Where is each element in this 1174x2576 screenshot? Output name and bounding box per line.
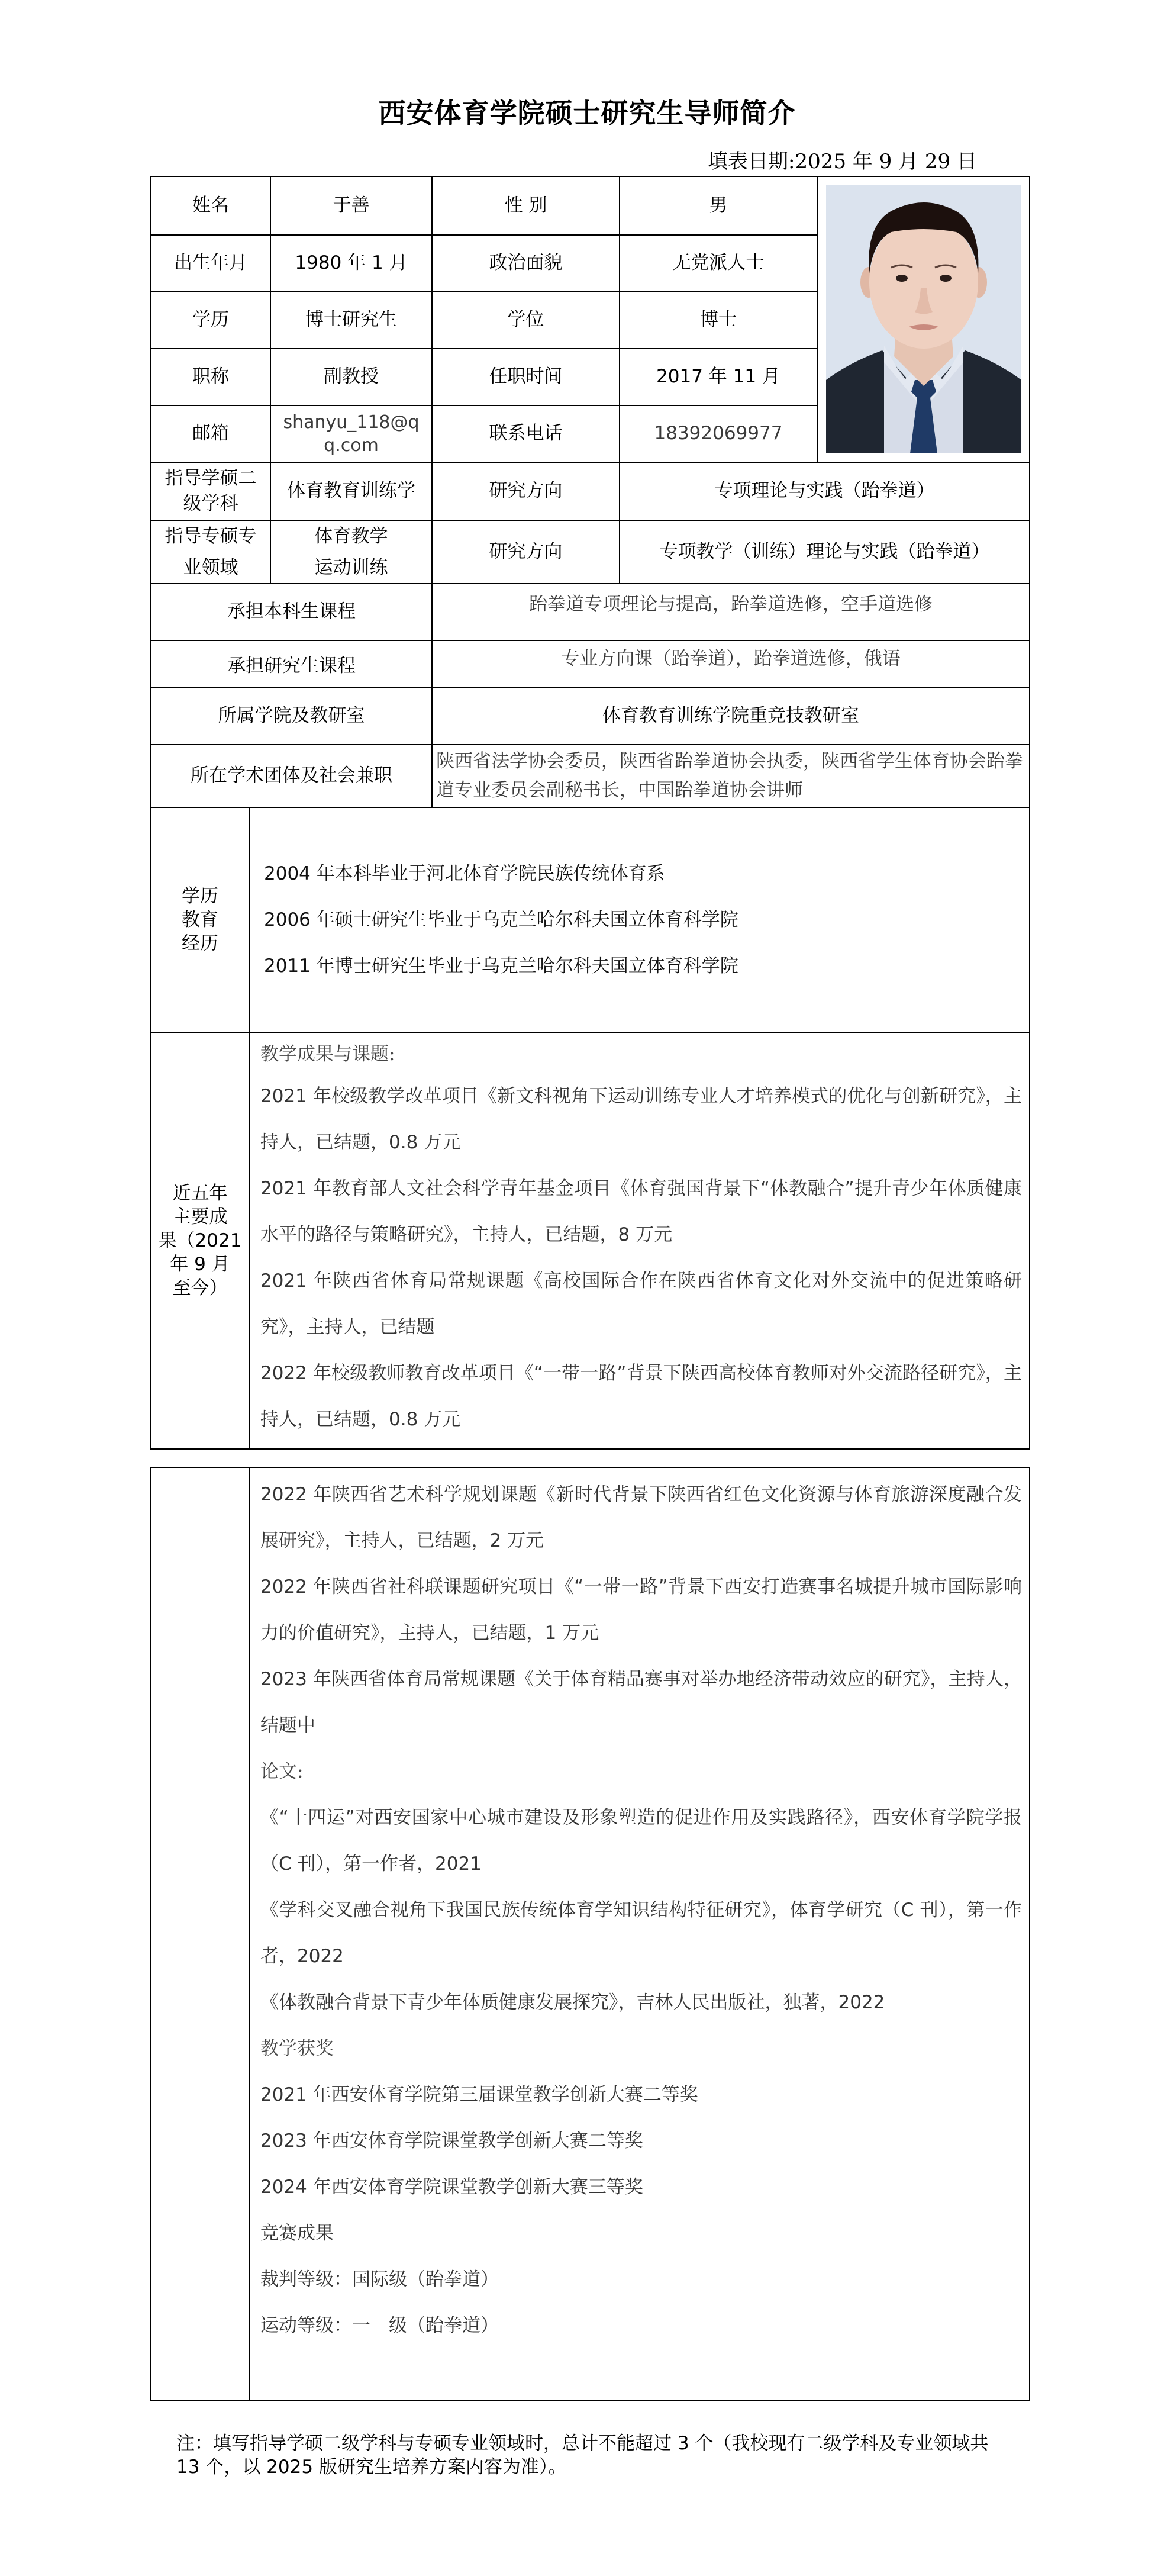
row-affiliation: 所属学院及教研室 体育教育训练学院重竞技教研室 [151, 688, 1030, 745]
professional-field-label: 指导专硕专业领域 [151, 520, 270, 584]
achievements-continued-label [151, 1467, 249, 2400]
appoint-label: 任职时间 [432, 349, 620, 405]
row-academic-supervision: 指导学硕二级学科 体育教育训练学 研究方向 专项理论与实践（跆拳道） [151, 462, 1030, 520]
papers-heading: 论文: [260, 1749, 1022, 1795]
education-value: 博士研究生 [270, 292, 432, 349]
competition-heading: 竞赛成果 [260, 2210, 1022, 2256]
teaching-projects-heading: 教学成果与课题: [260, 1035, 1022, 1073]
ach-label-line-2: 主要成 [153, 1205, 247, 1229]
appoint-value: 2017 年 11 月 [620, 349, 817, 405]
professional-field-1: 体育教学 [275, 521, 428, 552]
row-undergrad-courses: 承担本科生课程 跆拳道专项理论与提高，跆拳道选修，空手道选修 [151, 584, 1030, 640]
ach-label-line-4: 年 9 月 [153, 1252, 247, 1276]
project-item: 2022 年校级教师教育改革项目《“一带一路”背景下陕西高校体育教师对外交流路径… [260, 1350, 1022, 1442]
ach-label-line-1: 近五年 [153, 1181, 247, 1205]
professional-field-2: 运动训练 [275, 552, 428, 584]
paper-item: 《“十四运”对西安国家中心城市建设及形象塑造的促进作用及实践路径》，西安体育学院… [260, 1795, 1022, 1887]
referee-level: 裁判等级：国际级（跆拳道） [260, 2256, 1022, 2303]
academic-posts-label: 所在学术团体及社会兼职 [151, 745, 432, 807]
project-item: 2021 年教育部人文社会科学青年基金项目《体育强国背景下“体教融合”提升青少年… [260, 1165, 1022, 1258]
degree-value: 博士 [620, 292, 817, 349]
achievements-content: 教学成果与课题: 2021 年校级教学改革项目《新文科视角下运动训练专业人才培养… [249, 1032, 1030, 1449]
row-education-history: 学历 教育 经历 2004 年本科毕业于河北体育学院民族传统体育系 2006 年… [151, 807, 1030, 1032]
professional-direction-value: 专项教学（训练）理论与实践（跆拳道） [620, 520, 1030, 584]
paper-item: 《体教融合背景下青少年体质健康发展探究》，吉林人民出版社，独著，2022 [260, 1979, 1022, 2026]
education-label: 学历 [151, 292, 270, 349]
row-achievements-continued: 2022 年陕西省艺术科学规划课题《新时代背景下陕西省红色文化资源与体育旅游深度… [151, 1467, 1030, 2400]
affiliation-value: 体育教育训练学院重竞技教研室 [432, 688, 1030, 745]
phone-value: 18392069977 [620, 405, 817, 462]
row-professional-supervision: 指导专硕专业领域 体育教学 运动训练 研究方向 专项教学（训练）理论与实践（跆拳… [151, 520, 1030, 584]
email-label: 邮箱 [151, 405, 270, 462]
birth-value: 1980 年 1 月 [270, 235, 432, 292]
grad-courses-label: 承担研究生课程 [151, 640, 432, 688]
political-value: 无党派人士 [620, 235, 817, 292]
award-item: 2021 年西安体育学院第三届课堂教学创新大赛二等奖 [260, 2072, 1022, 2118]
edu-label-line-2: 教育 [155, 908, 245, 932]
professional-fields-cell: 体育教学 运动训练 [270, 520, 432, 584]
birth-label: 出生年月 [151, 235, 270, 292]
ach-label-line-3: 果（2021 [153, 1229, 247, 1252]
paper-item: 《学科交叉融合视角下我国民族传统体育学知识结构特征研究》，体育学研究（C 刊），… [260, 1887, 1022, 1979]
ach-label-line-5: 至今） [153, 1276, 247, 1300]
academic-posts-value: 陕西省法学协会委员，陕西省跆拳道协会执委，陕西省学生体育协会跆拳道专业委员会副秘… [432, 745, 1030, 807]
portrait-photo [826, 185, 1021, 453]
professional-direction-label: 研究方向 [432, 520, 620, 584]
academic-direction-value: 专项理论与实践（跆拳道） [620, 462, 1030, 520]
affiliation-label: 所属学院及教研室 [151, 688, 432, 745]
profile-table: 姓名 于善 性 别 男 [150, 176, 1030, 1450]
phone-label: 联系电话 [432, 405, 620, 462]
academic-direction-label: 研究方向 [432, 462, 620, 520]
education-history-label: 学历 教育 经历 [151, 807, 249, 1032]
education-item: 2004 年本科毕业于河北体育学院民族传统体育系 [253, 851, 1025, 897]
edu-label-line-1: 学历 [155, 884, 245, 908]
row-name: 姓名 于善 性 别 男 [151, 176, 1030, 235]
degree-label: 学位 [432, 292, 620, 349]
title-label: 职称 [151, 349, 270, 405]
project-item: 2022 年陕西省社科联课题研究项目《“一带一路”背景下西安打造赛事名城提升城市… [260, 1564, 1022, 1656]
undergrad-courses-label: 承担本科生课程 [151, 584, 432, 640]
row-achievements: 近五年 主要成 果（2021 年 9 月 至今） 教学成果与课题: 2021 年… [151, 1032, 1030, 1449]
name-value: 于善 [270, 176, 432, 235]
portrait-image-icon [826, 185, 1021, 453]
page-title: 西安体育学院硕士研究生导师简介 [0, 92, 1174, 131]
athlete-level: 运动等级：一 级（跆拳道） [260, 2303, 1022, 2349]
email-value[interactable]: shanyu_118@qq.com [270, 405, 432, 462]
project-item: 2021 年校级教学改革项目《新文科视角下运动训练专业人才培养模式的优化与创新研… [260, 1073, 1022, 1165]
row-academic-posts: 所在学术团体及社会兼职 陕西省法学协会委员，陕西省跆拳道协会执委，陕西省学生体育… [151, 745, 1030, 807]
project-item: 2022 年陕西省艺术科学规划课题《新时代背景下陕西省红色文化资源与体育旅游深度… [260, 1471, 1022, 1564]
award-item: 2024 年西安体育学院课堂教学创新大赛三等奖 [260, 2164, 1022, 2210]
grad-courses-value: 专业方向课（跆拳道），跆拳道选修，俄语 [432, 640, 1030, 688]
education-history-list: 2004 年本科毕业于河北体育学院民族传统体育系 2006 年硕士研究生毕业于乌… [249, 807, 1030, 1032]
academic-subject-value: 体育教育训练学 [270, 462, 432, 520]
photo-cell [817, 176, 1030, 462]
undergrad-courses-value: 跆拳道专项理论与提高，跆拳道选修，空手道选修 [432, 584, 1030, 640]
achievements-continued-table: 2022 年陕西省艺术科学规划课题《新时代背景下陕西省红色文化资源与体育旅游深度… [150, 1467, 1030, 2401]
gender-label: 性 别 [432, 176, 620, 235]
name-label: 姓名 [151, 176, 270, 235]
project-item: 2021 年陕西省体育局常规课题《高校国际合作在陕西省体育文化对外交流中的促进策… [260, 1258, 1022, 1350]
award-item: 2023 年西安体育学院课堂教学创新大赛二等奖 [260, 2118, 1022, 2164]
row-grad-courses: 承担研究生课程 专业方向课（跆拳道），跆拳道选修，俄语 [151, 640, 1030, 688]
teaching-awards-heading: 教学获奖 [260, 2026, 1022, 2072]
education-item: 2006 年硕士研究生毕业于乌克兰哈尔科夫国立体育科学院 [253, 897, 1025, 943]
achievements-label: 近五年 主要成 果（2021 年 9 月 至今） [151, 1032, 249, 1449]
project-item: 2023 年陕西省体育局常规课题《关于体育精品赛事对举办地经济带动效应的研究》，… [260, 1656, 1022, 1749]
title-value: 副教授 [270, 349, 432, 405]
edu-label-line-3: 经历 [155, 932, 245, 955]
education-item: 2011 年博士研究生毕业于乌克兰哈尔科夫国立体育科学院 [253, 943, 1025, 989]
footnote: 注：填写指导学硕二级学科与专硕专业领域时，总计不能超过 3 个（我校现有二级学科… [176, 2432, 1017, 2479]
fill-date: 填表日期:2025 年 9 月 29 日 [708, 145, 1004, 174]
achievements-continued-content: 2022 年陕西省艺术科学规划课题《新时代背景下陕西省红色文化资源与体育旅游深度… [249, 1467, 1030, 2400]
gender-value: 男 [620, 176, 817, 235]
political-label: 政治面貌 [432, 235, 620, 292]
academic-subject-label: 指导学硕二级学科 [151, 462, 270, 520]
